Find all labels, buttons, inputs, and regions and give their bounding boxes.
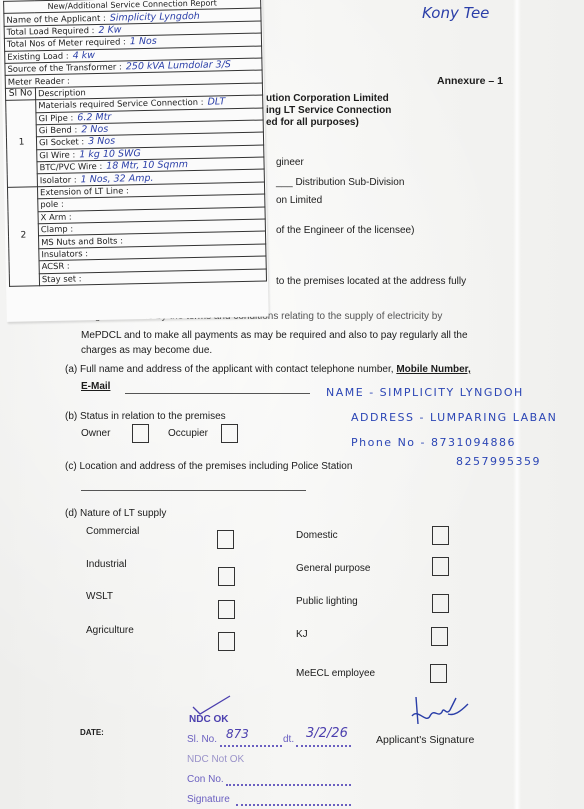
signature-stamp-label: Signature: [187, 794, 230, 805]
top-handwritten-note: Kony Tee: [422, 4, 489, 22]
existing-load-label: Existing Load :: [7, 50, 69, 61]
annexure-label: Annexure – 1: [437, 75, 503, 87]
declaration-line-2: MePDCL and to make all payments as may b…: [81, 330, 468, 341]
applicant-signature-mark: [408, 694, 472, 732]
signature-stamp-dots: [236, 804, 351, 806]
gi-pipe-label: GI Pipe :: [38, 112, 73, 123]
meter-count-label: Total Nos of Meter required :: [7, 37, 126, 49]
public-lighting-label: Public lighting: [296, 596, 358, 607]
transformer-source-label: Source of the Transformer :: [7, 62, 121, 74]
email-label: E-Mail: [81, 381, 110, 392]
commercial-label: Commercial: [86, 526, 139, 537]
public-lighting-checkbox[interactable]: [432, 594, 449, 613]
domestic-checkbox[interactable]: [432, 526, 449, 545]
address-licensee: of the Engineer of the licensee): [276, 225, 414, 236]
applicant-name-value[interactable]: Simplicity Lyngdoh: [110, 10, 200, 23]
header-line-1: ution Corporation Limited: [266, 93, 389, 104]
applicant-signature-label: Applicant's Signature: [376, 734, 474, 746]
section-b-label: (b) Status in relation to the premises: [65, 411, 226, 422]
meter-count-value[interactable]: 1 Nos: [130, 36, 157, 48]
sl-no-value: 873: [226, 727, 249, 741]
dt-value: 3/2/26: [306, 726, 348, 741]
date-label: DATE:: [80, 728, 104, 737]
con-no-dots: [226, 784, 351, 786]
owner-label: Owner: [81, 428, 110, 439]
occupier-label: Occupier: [168, 428, 208, 439]
general-purpose-label: General purpose: [296, 563, 371, 574]
address-premises: to the premises located at the address f…: [276, 276, 466, 287]
btc-pvc-wire-label: BTC/PVC Wire :: [39, 161, 102, 172]
gi-pipe-value[interactable]: 6.2 Mtr: [77, 111, 111, 123]
scan-streak: [513, 0, 521, 809]
header-line-2: ing LT Service Connection: [266, 105, 391, 116]
address-subdivision: ___ Distribution Sub-Division: [276, 177, 404, 188]
section-2-number: 2: [7, 187, 39, 287]
email-line: [125, 393, 310, 394]
btc-pvc-wire-value[interactable]: 18 Mtr, 10 Sqmm: [106, 159, 188, 172]
gi-wire-value[interactable]: 1 kg 10 SWG: [79, 148, 141, 160]
dt-dots: [296, 745, 351, 747]
header-line-3: ed for all purposes): [266, 117, 359, 128]
handwritten-phone: Phone No - 8731094886: [351, 436, 516, 449]
agriculture-label: Agriculture: [86, 625, 134, 636]
section-1-number: 1: [6, 100, 38, 187]
kj-label: KJ: [296, 629, 308, 640]
meter-reader-label: Meter Reader :: [8, 75, 70, 86]
total-load-label: Total Load Required :: [7, 25, 95, 37]
wslt-label: WSLT: [86, 591, 113, 602]
domestic-label: Domestic: [296, 530, 338, 541]
handwritten-name: NAME - SIMPLICITY LYNGDOH: [326, 386, 524, 399]
report-table: New/Additional Service Connection Report…: [3, 0, 267, 287]
wslt-checkbox[interactable]: [218, 600, 235, 619]
section-a-label: (a) Full name and address of the applica…: [65, 364, 471, 375]
con-no-label: Con No.: [187, 774, 224, 785]
ndc-not-ok-stamp: NDC Not OK: [187, 754, 244, 765]
industrial-label: Industrial: [86, 559, 127, 570]
isolator-label: Isolator :: [40, 174, 77, 185]
service-connection-report-slip: New/Additional Service Connection Report…: [0, 0, 269, 322]
general-purpose-checkbox[interactable]: [432, 557, 449, 576]
gi-bend-value[interactable]: 2 Nos: [81, 124, 108, 136]
existing-load-value[interactable]: 4 kw: [73, 50, 96, 61]
location-line[interactable]: [81, 490, 306, 491]
sl-no-label: Sl. No.: [187, 734, 217, 745]
occupier-checkbox[interactable]: [221, 424, 238, 443]
handwritten-address: ADDRESS - LUMPARING LABAN: [351, 411, 557, 424]
gi-socket-label: GI Socket :: [39, 137, 84, 148]
commercial-checkbox[interactable]: [217, 530, 234, 549]
ndc-ok-stamp: NDC OK: [189, 714, 228, 725]
declaration-line-3: charges as may become due.: [81, 345, 212, 356]
meecl-employee-checkbox[interactable]: [430, 664, 447, 683]
address-limited: on Limited: [276, 195, 322, 206]
meecl-employee-label: MeECL employee: [296, 668, 375, 679]
dt-label: dt.: [283, 734, 294, 745]
isolator-value[interactable]: 1 Nos, 32 Amp.: [80, 172, 153, 185]
sl-no-header: Sl No: [5, 88, 35, 101]
gi-wire-label: GI Wire :: [39, 149, 75, 160]
agriculture-checkbox[interactable]: [218, 632, 235, 651]
total-load-value[interactable]: 2 Kw: [98, 24, 121, 35]
section-a-mobile-label: Mobile Number,: [396, 364, 470, 375]
section-c-label: (c) Location and address of the premises…: [65, 461, 352, 472]
kj-checkbox[interactable]: [431, 627, 448, 646]
gi-socket-value[interactable]: 3 Nos: [88, 136, 115, 148]
gi-bend-label: Gi Bend :: [39, 125, 78, 136]
sl-no-dots: [220, 745, 282, 747]
address-engineer: gineer: [276, 157, 304, 168]
owner-checkbox[interactable]: [132, 424, 149, 443]
industrial-checkbox[interactable]: [218, 567, 235, 586]
handwritten-phone-2: 8257995359: [456, 455, 541, 468]
section-d-label: (d) Nature of LT supply: [65, 508, 166, 519]
materials-value[interactable]: DLT: [207, 97, 225, 108]
applicant-name-label: Name of the Applicant :: [6, 12, 106, 24]
section-a-text: (a) Full name and address of the applica…: [65, 364, 394, 375]
